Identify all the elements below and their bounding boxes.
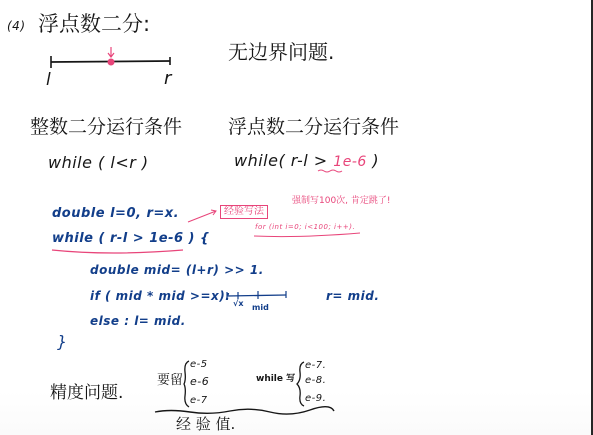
empirical-value-label: 经 验 值. <box>176 417 235 432</box>
float-condition-suffix: ) <box>367 151 379 170</box>
code-line-close-brace: } <box>57 334 68 350</box>
precision-label: 精度问题. <box>50 385 123 402</box>
midpoint-arrow-icon <box>108 47 114 57</box>
section-title: 浮点数二分: <box>38 14 150 35</box>
float-condition-eps: 1e-6 <box>333 154 366 170</box>
float-condition: while( r-l > 1e-6 ) <box>234 153 379 169</box>
left-label-l: l <box>46 72 51 89</box>
code-line-if-action: r= mid. <box>326 290 379 302</box>
code-line-if: if ( mid * mid >=x): <box>90 290 231 302</box>
section-number: (4) <box>7 20 26 32</box>
integer-condition-label: 整数二分运行条件 <box>30 118 182 137</box>
pointer-arrow-icon <box>188 210 216 222</box>
precision-group1-value: e-5 <box>190 360 208 370</box>
bracket-group2 <box>297 362 304 406</box>
code-line-declare: double l=0, r=x. <box>52 207 179 220</box>
precision-group2-value: e-9. <box>305 394 326 404</box>
precision-group1-value: e-7 <box>190 396 208 406</box>
eps-underline <box>318 170 342 172</box>
precision-group1-label: 要留 <box>157 374 183 387</box>
mid-label: mid <box>252 304 269 312</box>
while-underline <box>52 250 183 253</box>
number-line <box>51 56 170 68</box>
integer-condition: while ( l<r ) <box>48 155 149 171</box>
sqrt-x-label: √x <box>233 300 244 308</box>
precision-group2-value: e-8. <box>305 376 326 386</box>
float-condition-label: 浮点数二分运行条件 <box>228 118 399 137</box>
empirical-method-box: 经验写法 <box>220 205 268 219</box>
code-line-mid: double mid= (l+r) >> 1. <box>90 264 264 276</box>
bracket-group1 <box>184 361 189 407</box>
code-line-else: else : l= mid. <box>90 315 186 327</box>
for-loop-underline <box>254 233 360 237</box>
code-line-while: while ( r-l > 1e-6 ) { <box>52 232 210 245</box>
force-100-note: 强制写100次, 肯定跳了! <box>292 197 391 206</box>
right-label-r: r <box>164 70 172 88</box>
code-while-rest: ( r-l > 1e-6 ) { <box>94 231 210 246</box>
precision-group2-value: e-7. <box>305 361 326 371</box>
mini-number-line <box>227 291 286 299</box>
float-condition-prefix: while( r-l > <box>234 151 333 170</box>
no-boundary-note: 无边界问题. <box>228 42 334 62</box>
precision-group1-value: e-6 <box>190 376 209 387</box>
note-page: (4) 浮点数二分: l r 无边界问题. 整数二分运行条件 while ( l… <box>0 0 591 435</box>
for-loop-note: for (int i=0; i<100; i++). <box>255 224 355 231</box>
code-while-keyword: while <box>52 231 94 246</box>
precision-underline <box>155 407 334 414</box>
precision-group2-label: while 写 <box>256 375 295 384</box>
midpoint-dot <box>108 59 115 66</box>
